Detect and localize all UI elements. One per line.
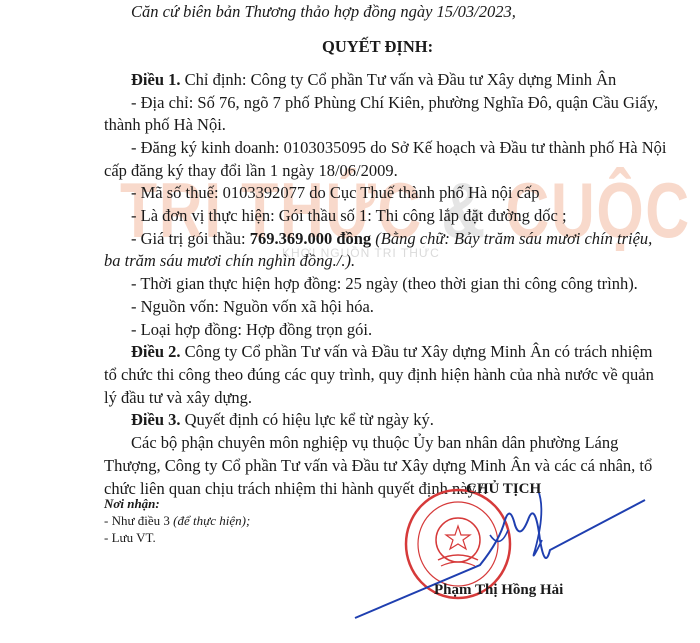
recipient-item-1: - Như điều 3 (để thực hiện); [104,512,250,529]
contract-type: - Loại hợp đồng: Hợp đồng trọn gói. [131,319,372,341]
article-2-line-3: lý đầu tư và xây dựng. [104,387,252,409]
address-line-1: - Địa chỉ: Số 76, ngõ 7 phố Phùng Chí Ki… [131,92,658,114]
signature-icon [350,480,650,630]
article-3-heading: Điều 3. Quyết định có hiệu lực kể từ ngà… [131,409,434,431]
article-2-line-2: tổ chức thi công theo đúng các quy trình… [104,364,654,386]
duration: - Thời gian thực hiện hợp đồng: 25 ngày … [131,273,638,295]
contractor: - Là đơn vị thực hiện: Gói thầu số 1: Th… [131,205,567,227]
value-in-words: ba trăm sáu mươi chín nghìn đồng./.). [104,250,355,272]
decision-title: QUYẾT ĐỊNH: [322,36,433,58]
article-3-line-1: Các bộ phận chuyên môn nghiệp vụ thuộc Ủ… [131,432,618,454]
address-line-2: thành phố Hà Nội. [104,114,226,136]
recipients-heading: Nơi nhận: [104,495,160,512]
article-3-line-2: Thượng, Công ty Cổ phần Tư vấn và Đầu tư… [104,455,652,477]
funding-source: - Nguồn vốn: Nguồn vốn xã hội hóa. [131,296,374,318]
preamble: Căn cứ biên bản Thương thảo hợp đồng ngà… [131,1,516,23]
registration-line-1: - Đăng ký kinh doanh: 0103035095 do Sở K… [131,137,667,159]
recipient-item-2: - Lưu VT. [104,529,156,546]
signer-title: CHỦ TỊCH [466,478,541,500]
article-2-line-1: Điều 2. Công ty Cổ phần Tư vấn và Đầu tư… [131,341,652,363]
signer-name: Phạm Thị Hồng Hải [434,579,563,601]
article-1-heading: Điều 1. Chỉ định: Công ty Cổ phần Tư vấn… [131,69,616,91]
package-value: - Giá trị gói thầu: 769.369.000 đồng (Bằ… [131,228,652,250]
registration-line-2: cấp đăng ký thay đổi lần 1 ngày 18/06/20… [104,160,398,182]
tax-code: - Mã số thuế: 0103392077 do Cục Thuế thà… [131,182,539,204]
